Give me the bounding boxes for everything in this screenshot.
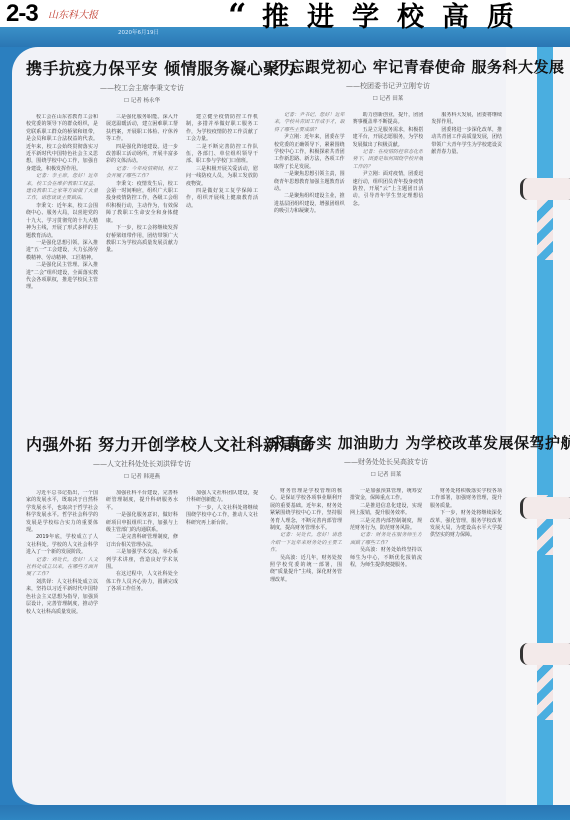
pillar-clamp [520, 178, 570, 200]
article-subtitle: ——校团委书记尹立刚专访 [274, 81, 502, 91]
paragraph: 下一步，财务处将继续深化改革，强化管理，服务学校改革发展大局，为建设高水平大学提… [430, 510, 502, 540]
pillar-stripe [537, 660, 553, 720]
article-title: 携手抗疫力保平安 倾情服务凝心聚力 [26, 56, 258, 79]
paragraph: 李秉文：疫情发生后，校工会第一时间响应，组织广大职工投身疫情防控工作，各级工会组… [106, 181, 178, 225]
paragraph: 四是强化阵地建设。进一步改善职工活动场所，开展丰富多彩的文体活动。 [106, 144, 178, 166]
question-paragraph: 记者：今年疫情期间，校工会开展了哪些工作？ [106, 166, 178, 181]
paragraph: 五是立足服务需求，积极搭建平台，开展志愿服务，为学校发展做出了积极贡献。 [353, 127, 424, 149]
article-byline: ☐ 记者 田莱 [274, 94, 502, 102]
text-column: 财务处将积极落实学校各项工作部署，加强财务管理，提升服务质量。 下一步，财务处将… [430, 488, 502, 808]
paragraph: 校工会在山东省教育工会和校党委的领导下的群众组织，是党联系职工群众的桥梁和纽带，… [26, 114, 98, 173]
text-column: 加强人文社科团队建设，提升科研创新能力。 下一步，人文社科处将继续围绕学校中心工… [186, 490, 258, 810]
paragraph: 一是强化思想引领。深入推进“五一”工会建设，大力弘扬劳模精神、劳动精神、工匠精神… [26, 240, 98, 262]
paragraph: 财务管理是学校管理的核心，是保证学校各项事业顺利开展的重要基础。近年来，财务处紧… [270, 488, 342, 532]
paragraph: 加强人文社科团队建设，提升科研创新能力。 [186, 490, 258, 505]
paragraph: 三是积极开展关爱活动，慰问一线防疫人员，为职工发放防疫物资。 [186, 166, 258, 188]
question-paragraph: 记者：在疫情防控常态化形势下，团委是如何围绕学校开展工作的？ [353, 149, 424, 171]
pillar-stripe [537, 200, 553, 260]
issue-date: 2020年6月19日 [118, 28, 159, 36]
article-title: 不忘跟党初心 牢记青春使命 服务科大发展 [274, 56, 502, 77]
paragraph: 习近平总书记指出，一个国家的发展水平，既取决于自然科学发展水平，也取决于哲学社会… [26, 490, 98, 534]
paragraph: 一是加强预算管理，统筹安排资金，保障重点工作。 [350, 488, 422, 503]
question-paragraph: 记者：尹书记，您好！近年来，学校共青团工作成手才，取得了哪些主要成绩？ [274, 112, 345, 134]
article-columns: 习近平总书记指出，一个国家的发展水平，既取决于自然科学发展水平，也取决于哲学社会… [26, 490, 258, 810]
text-column: 校工会在山东省教育工会和校党委的领导下的群众组织，是党联系职工群众的桥梁和纽带，… [26, 114, 98, 414]
article-title: 求真务实 加油助力 为学校改革发展保驾护航 [270, 432, 502, 453]
paragraph: 下一步，校工会将继续发挥好桥梁纽带作用，团结带领广大教职工为学校高质量发展贡献力… [106, 225, 178, 255]
text-column: 助力创新创业，提升，团团赛事覆盖率不断提高。 五是立足服务需求，积极搭建平台，开… [353, 112, 424, 412]
paragraph: 李秉文：近年来，校工会围绕中心、服务大局，以喜迎党的十九大、学习贯彻党的十九大精… [26, 203, 98, 240]
question-paragraph: 记者：吴处长，您好！请您介绍一下近年来财务处的主要工作。 [270, 532, 342, 554]
paragraph: 一是强化服务意识，做好科研项目申报组织工作，加强与上级主管部门的沟通联系。 [106, 512, 178, 534]
article-subtitle: ——财务处处长吴高波专访 [270, 457, 502, 467]
paragraph: 三是强化服务职能。深入开展送温暖活动，建立困难职工帮扶档案，开展职工体检、疗休养… [106, 114, 178, 144]
paragraph: 服务科大发展，团委将继续发挥作用。 [431, 112, 502, 127]
article-byline: ☐ 记者 韩迎燕 [26, 472, 258, 480]
text-column: 记者：尹书记，您好！近年来，学校共青团工作成手才，取得了哪些主要成绩？ 尹立刚：… [274, 112, 345, 412]
text-column: 服务科大发展，团委将继续发挥作用。 团委将进一步深化改革，推动共青团工作高质量发… [431, 112, 502, 412]
paragraph: 吴高波：财务处始终坚持以师生为中心，不断优化报销流程，为师生提供便捷服务。 [350, 547, 422, 569]
paragraph: 建立健全疫情防控工作机制，多措并举做好职工服务工作，为学校疫情防控工作贡献了工会… [186, 114, 258, 144]
article-finance-interview: 求真务实 加油助力 为学校改革发展保驾护航 ——财务处处长吴高波专访 ☐ 记者 … [270, 432, 502, 802]
question-paragraph: 记者：李主席，您好！近年来，校工会在维护教职工权益、建设教职工之家等方面做了大量… [26, 173, 98, 203]
article-byline: ☐ 记者 田莱 [270, 470, 502, 478]
section-title: 推进学校高质 [262, 2, 570, 34]
text-column: 建立健全疫情防控工作机制，多措并举做好职工服务工作，为学校疫情防控工作贡献了工会… [186, 114, 258, 414]
paragraph: 二是聚焦组织建设主业，推进基层团组织建设，增强团组织的吸引力和凝聚力。 [274, 193, 345, 215]
text-column: 习近平总书记指出，一个国家的发展水平，既取决于自然科学发展水平，也取决于哲学社会… [26, 490, 98, 810]
paper-name-logo: 山东科大报 [48, 6, 98, 21]
article-union-interview: 携手抗疫力保平安 倾情服务凝心聚力 ——校工会主席李秉文专访 ☐ 记者 杨永华 … [26, 56, 258, 396]
paragraph: 尹立刚：近年来，团委在学校党委的正确领导下，紧紧围绕学校中心工作，积极探索共青团… [274, 134, 345, 171]
paragraph: 尹立刚：面对疫情，团委迅速行动，组织团员青年投身疫情防控，开展“云”上主题团日活… [353, 171, 424, 208]
article-byline: ☐ 记者 杨永华 [26, 96, 258, 104]
article-columns: 财务管理是学校管理的核心，是保证学校各项事业顺利开展的重要基础。近年来，财务处紧… [270, 488, 502, 808]
page-number: 2-3 [6, 2, 38, 26]
article-columns: 校工会在山东省教育工会和校党委的领导下的群众组织，是党联系职工群众的桥梁和纽带，… [26, 114, 258, 414]
paragraph: 二是不断完善防控工作队伍，各部门、单位组织领导干部、职工参与学校门口值班。 [186, 144, 258, 166]
paragraph: 团委将进一步深化改革，推动共青团工作高质量发展，团结带领广大青年学生为学校建设贡… [431, 127, 502, 157]
question-paragraph: 记者：刘处长，您好！人文社科处成立以来，在哪些方面开展了工作？ [26, 557, 98, 579]
paragraph: 四是做好复工复学保障工作，组织开展线上健康教育活动。 [186, 188, 258, 210]
paragraph: 二是推进信息化建设，实现网上报销，提升服务效率。 [350, 503, 422, 518]
article-columns: 记者：尹书记，您好！近年来，学校共青团工作成手才，取得了哪些主要成绩？ 尹立刚：… [274, 112, 502, 412]
text-column: 一是加强预算管理，统筹安排资金，保障重点工作。 二是推进信息化建设，实现网上报销… [350, 488, 422, 808]
paragraph: 二是强化民主管理。深入推进“二会”组织建设，全面落实教代会各项职权，推进学校民主… [26, 262, 98, 292]
article-humanities-interview: 内强外拓 努力开创学校人文社科新局面 ——人文社科处处长刘洪铎专访 ☐ 记者 韩… [26, 432, 258, 802]
paragraph: 财务处将积极落实学校各项工作部署，加强财务管理，提升服务质量。 [430, 488, 502, 510]
paragraph: 一是聚焦思想引领主责，围绕青年思想教育加强主题教育活动。 [274, 171, 345, 193]
paragraph: 助力创新创业，提升，团团赛事覆盖率不断提高。 [353, 112, 424, 127]
paragraph: 三是加强学术交流，举办系列学术讲座，营造良好学术氛围。 [106, 549, 178, 571]
paragraph: 下一步，人文社科处将继续围绕学校中心工作，推动人文社科研究再上新台阶。 [186, 505, 258, 527]
text-column: 三是强化服务职能。深入开展送温暖活动，建立困难职工帮扶档案，开展职工体检、疗休养… [106, 114, 178, 414]
paragraph: 2019年底，学校成立了人文社科处。学校的人文社会科学进入了一个新的发展阶段。 [26, 534, 98, 556]
text-column: 财务管理是学校管理的核心，是保证学校各项事业顺利开展的重要基础。近年来，财务处紧… [270, 488, 342, 808]
paragraph: 吴高波：近几年，财务处按照学校党委的统一部署，围绕“质量提升”主线，深化财务管理… [270, 555, 342, 585]
article-youth-league-interview: 不忘跟党初心 牢记青春使命 服务科大发展 ——校团委书记尹立刚专访 ☐ 记者 田… [274, 56, 502, 396]
article-subtitle: ——校工会主席李秉文专访 [26, 83, 258, 93]
question-paragraph: 记者：财务处在服务师生方面做了哪些工作？ [350, 532, 422, 547]
paragraph: 在这过程中，人文社科处全体工作人员齐心协力，圆满完成了各项工作任务。 [106, 571, 178, 593]
article-title: 内强外拓 努力开创学校人文社科新局面 [26, 432, 258, 455]
text-column: 加强社科平台建设，完善科研管理制度，提升科研服务水平。 一是强化服务意识，做好科… [106, 490, 178, 810]
paragraph: 加强社科平台建设，完善科研管理制度，提升科研服务水平。 [106, 490, 178, 512]
paragraph: 三是完善内部控制制度，规范财务行为，防范财务风险。 [350, 518, 422, 533]
paragraph: 二是完善科研管理制度，修订出台相关管理办法。 [106, 534, 178, 549]
pillar-clamp [520, 643, 570, 665]
article-subtitle: ——人文社科处处长刘洪铎专访 [26, 459, 258, 469]
pillar-clamp [520, 497, 570, 519]
paragraph: 刘洪铎：人文社科处成立以来，坚持以习近平新时代中国特色社会主义思想为指导，加强顶… [26, 579, 98, 616]
